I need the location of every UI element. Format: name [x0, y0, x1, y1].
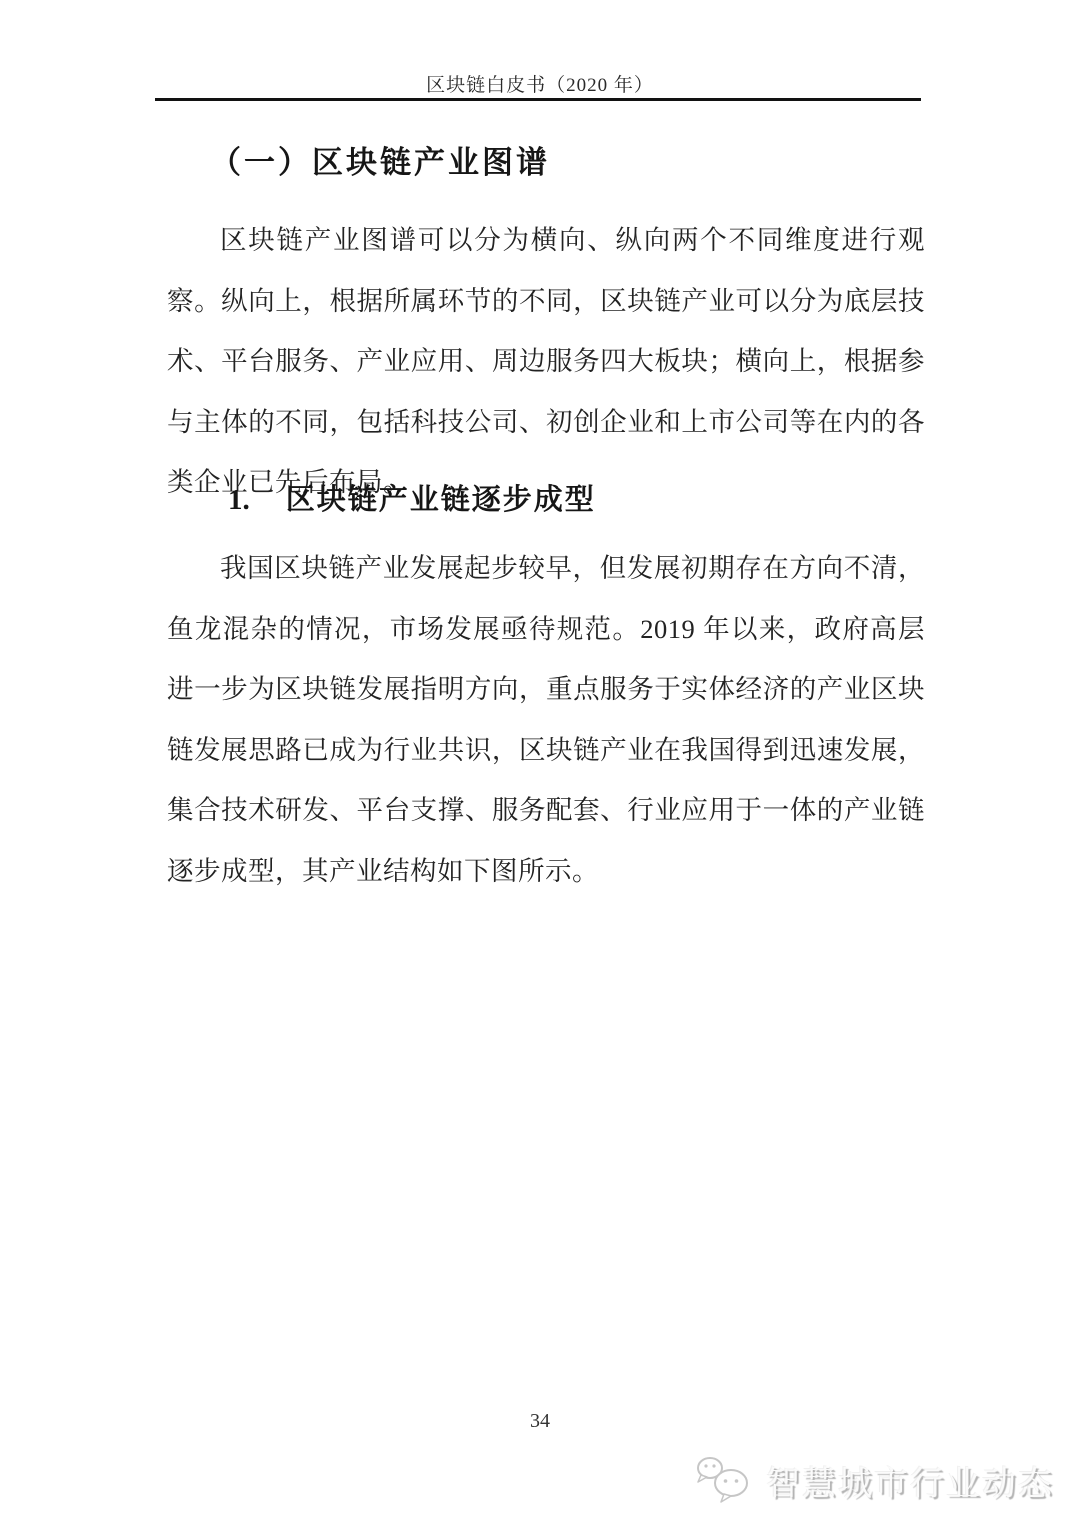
- wechat-icon: [694, 1455, 756, 1505]
- section-title: （一）区块链产业图谱: [210, 137, 550, 182]
- subsection-title: 1.区块链产业链逐步成型: [228, 477, 596, 518]
- document-page: 区块链白皮书（2020 年） （一）区块链产业图谱 区块链产业图谱可以分为横向、…: [0, 0, 1080, 1528]
- page-number: 34: [0, 1410, 1080, 1433]
- subsection-number: 1.: [228, 484, 250, 517]
- page-header-title: 区块链白皮书（2020 年）: [0, 70, 1080, 97]
- paragraph-industry-map: 区块链产业图谱可以分为横向、纵向两个不同维度进行观察。纵向上，根据所属环节的不同…: [167, 210, 925, 513]
- watermark-label: 智慧城市行业动态: [766, 1456, 1054, 1505]
- header-divider: [155, 98, 921, 101]
- paragraph-industry-chain: 我国区块链产业发展起步较早，但发展初期存在方向不清，鱼龙混杂的情况，市场发展亟待…: [167, 538, 925, 901]
- watermark: 智慧城市行业动态: [694, 1455, 1054, 1505]
- subsection-title-text: 区块链产业链逐步成型: [286, 484, 596, 516]
